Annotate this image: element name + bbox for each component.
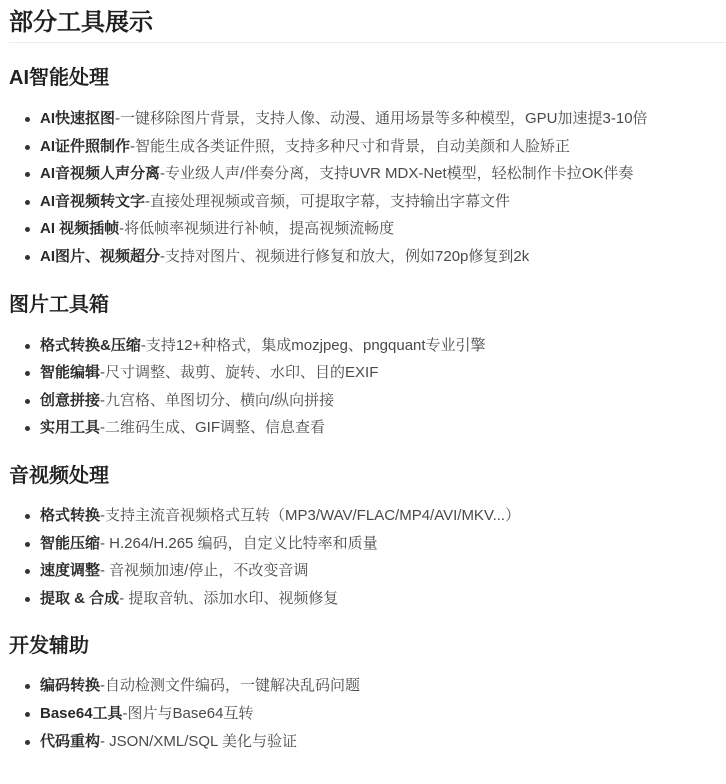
section-audio-video: 音视频处理 格式转换-支持主流音视频格式互转（MP3/WAV/FLAC/MP4/… — [9, 463, 726, 612]
item-desc: -直接处理视频或音频，可提取字幕，支持输出字幕文件 — [145, 193, 510, 210]
item-label: 提取 & 合成 — [40, 590, 119, 607]
item-label: 编码转换 — [40, 677, 100, 694]
list-item: AI音视频人声分离-专业级人声/伴奏分离，支持UVR MDX-Net模型，轻松制… — [9, 160, 726, 188]
item-desc: -智能生成各类证件照，支持多种尺寸和背景，自动美颜和人脸矫正 — [130, 138, 570, 155]
item-desc: - 提取音轨、添加水印、视频修复 — [119, 590, 338, 607]
item-label: Base64工具 — [40, 705, 123, 722]
item-label: AI快速抠图 — [40, 110, 115, 127]
item-desc: -专业级人声/伴奏分离，支持UVR MDX-Net模型，轻松制作卡拉OK伴奏 — [160, 165, 633, 182]
list-item: AI证件照制作-智能生成各类证件照，支持多种尺寸和背景，自动美颜和人脸矫正 — [9, 133, 726, 161]
document: 部分工具展示 AI智能处理 AI快速抠图-一键移除图片背景，支持人像、动漫、通用… — [0, 0, 726, 755]
item-desc: - 音视频加速/停止，不改变音调 — [100, 562, 308, 579]
section-heading: AI智能处理 — [9, 65, 726, 91]
item-desc: -支持主流音视频格式互转（MP3/WAV/FLAC/MP4/AVI/MKV...… — [100, 507, 520, 524]
list-item: AI图片、视频超分-支持对图片、视频进行修复和放大，例如720p修复到2k — [9, 243, 726, 271]
section-image-toolbox: 图片工具箱 格式转换&压缩-支持12+种格式，集成mozjpeg、pngquan… — [9, 292, 726, 442]
list-item: 格式转换&压缩-支持12+种格式，集成mozjpeg、pngquant专业引擎 — [9, 332, 726, 360]
item-label: AI 视频插帧 — [40, 220, 119, 237]
list-item: AI 视频插帧-将低帧率视频进行补帧，提高视频流畅度 — [9, 215, 726, 243]
item-label: AI音视频转文字 — [40, 193, 145, 210]
list-item: 提取 & 合成- 提取音轨、添加水印、视频修复 — [9, 585, 726, 613]
item-label: AI音视频人声分离 — [40, 165, 160, 182]
item-label: 速度调整 — [40, 562, 100, 579]
feature-list: AI快速抠图-一键移除图片背景，支持人像、动漫、通用场景等多种模型，GPU加速提… — [9, 105, 726, 271]
item-label: 格式转换&压缩 — [40, 337, 141, 354]
item-label: 智能压缩 — [40, 535, 100, 552]
list-item: AI音视频转文字-直接处理视频或音频，可提取字幕，支持输出字幕文件 — [9, 188, 726, 216]
item-desc: -二维码生成、GIF调整、信息查看 — [100, 419, 325, 436]
item-desc: -图片与Base64互转 — [123, 705, 254, 722]
list-item: AI快速抠图-一键移除图片背景，支持人像、动漫、通用场景等多种模型，GPU加速提… — [9, 105, 726, 133]
section-heading: 图片工具箱 — [9, 292, 726, 318]
list-item: 速度调整- 音视频加速/停止，不改变音调 — [9, 557, 726, 585]
item-label: 代码重构 — [40, 733, 100, 750]
item-desc: -自动检测文件编码，一键解决乱码问题 — [100, 677, 360, 694]
item-desc: - JSON/XML/SQL 美化与验证 — [100, 733, 297, 750]
item-desc: -支持12+种格式，集成mozjpeg、pngquant专业引擎 — [141, 337, 486, 354]
list-item: Base64工具-图片与Base64互转 — [9, 700, 726, 728]
list-item: 智能压缩- H.264/H.265 编码，自定义比特率和质量 — [9, 530, 726, 558]
section-ai-processing: AI智能处理 AI快速抠图-一键移除图片背景，支持人像、动漫、通用场景等多种模型… — [9, 65, 726, 271]
item-label: 智能编辑 — [40, 364, 100, 381]
list-item: 智能编辑-尺寸调整、裁剪、旋转、水印、目的EXIF — [9, 359, 726, 387]
item-label: 实用工具 — [40, 419, 100, 436]
section-dev-tools: 开发辅助 编码转换-自动检测文件编码，一键解决乱码问题 Base64工具-图片与… — [9, 633, 726, 755]
feature-list: 编码转换-自动检测文件编码，一键解决乱码问题 Base64工具-图片与Base6… — [9, 672, 726, 755]
page-title: 部分工具展示 — [9, 0, 726, 43]
list-item: 代码重构- JSON/XML/SQL 美化与验证 — [9, 728, 726, 756]
feature-list: 格式转换-支持主流音视频格式互转（MP3/WAV/FLAC/MP4/AVI/MK… — [9, 502, 726, 612]
list-item: 格式转换-支持主流音视频格式互转（MP3/WAV/FLAC/MP4/AVI/MK… — [9, 502, 726, 530]
list-item: 实用工具-二维码生成、GIF调整、信息查看 — [9, 414, 726, 442]
item-label: 格式转换 — [40, 507, 100, 524]
list-item: 编码转换-自动检测文件编码，一键解决乱码问题 — [9, 672, 726, 700]
section-heading: 音视频处理 — [9, 463, 726, 489]
item-label: AI证件照制作 — [40, 138, 130, 155]
item-desc: -一键移除图片背景，支持人像、动漫、通用场景等多种模型，GPU加速提3-10倍 — [115, 110, 648, 127]
item-desc: -将低帧率视频进行补帧，提高视频流畅度 — [119, 220, 394, 237]
item-label: AI图片、视频超分 — [40, 248, 160, 265]
list-item: 创意拼接-九宫格、单图切分、横向/纵向拼接 — [9, 387, 726, 415]
section-heading: 开发辅助 — [9, 633, 726, 659]
item-desc: -九宫格、单图切分、横向/纵向拼接 — [100, 392, 334, 409]
item-desc: -支持对图片、视频进行修复和放大，例如720p修复到2k — [160, 248, 529, 265]
item-label: 创意拼接 — [40, 392, 100, 409]
feature-list: 格式转换&压缩-支持12+种格式，集成mozjpeg、pngquant专业引擎 … — [9, 332, 726, 442]
item-desc: - H.264/H.265 编码，自定义比特率和质量 — [100, 535, 378, 552]
item-desc: -尺寸调整、裁剪、旋转、水印、目的EXIF — [100, 364, 378, 381]
